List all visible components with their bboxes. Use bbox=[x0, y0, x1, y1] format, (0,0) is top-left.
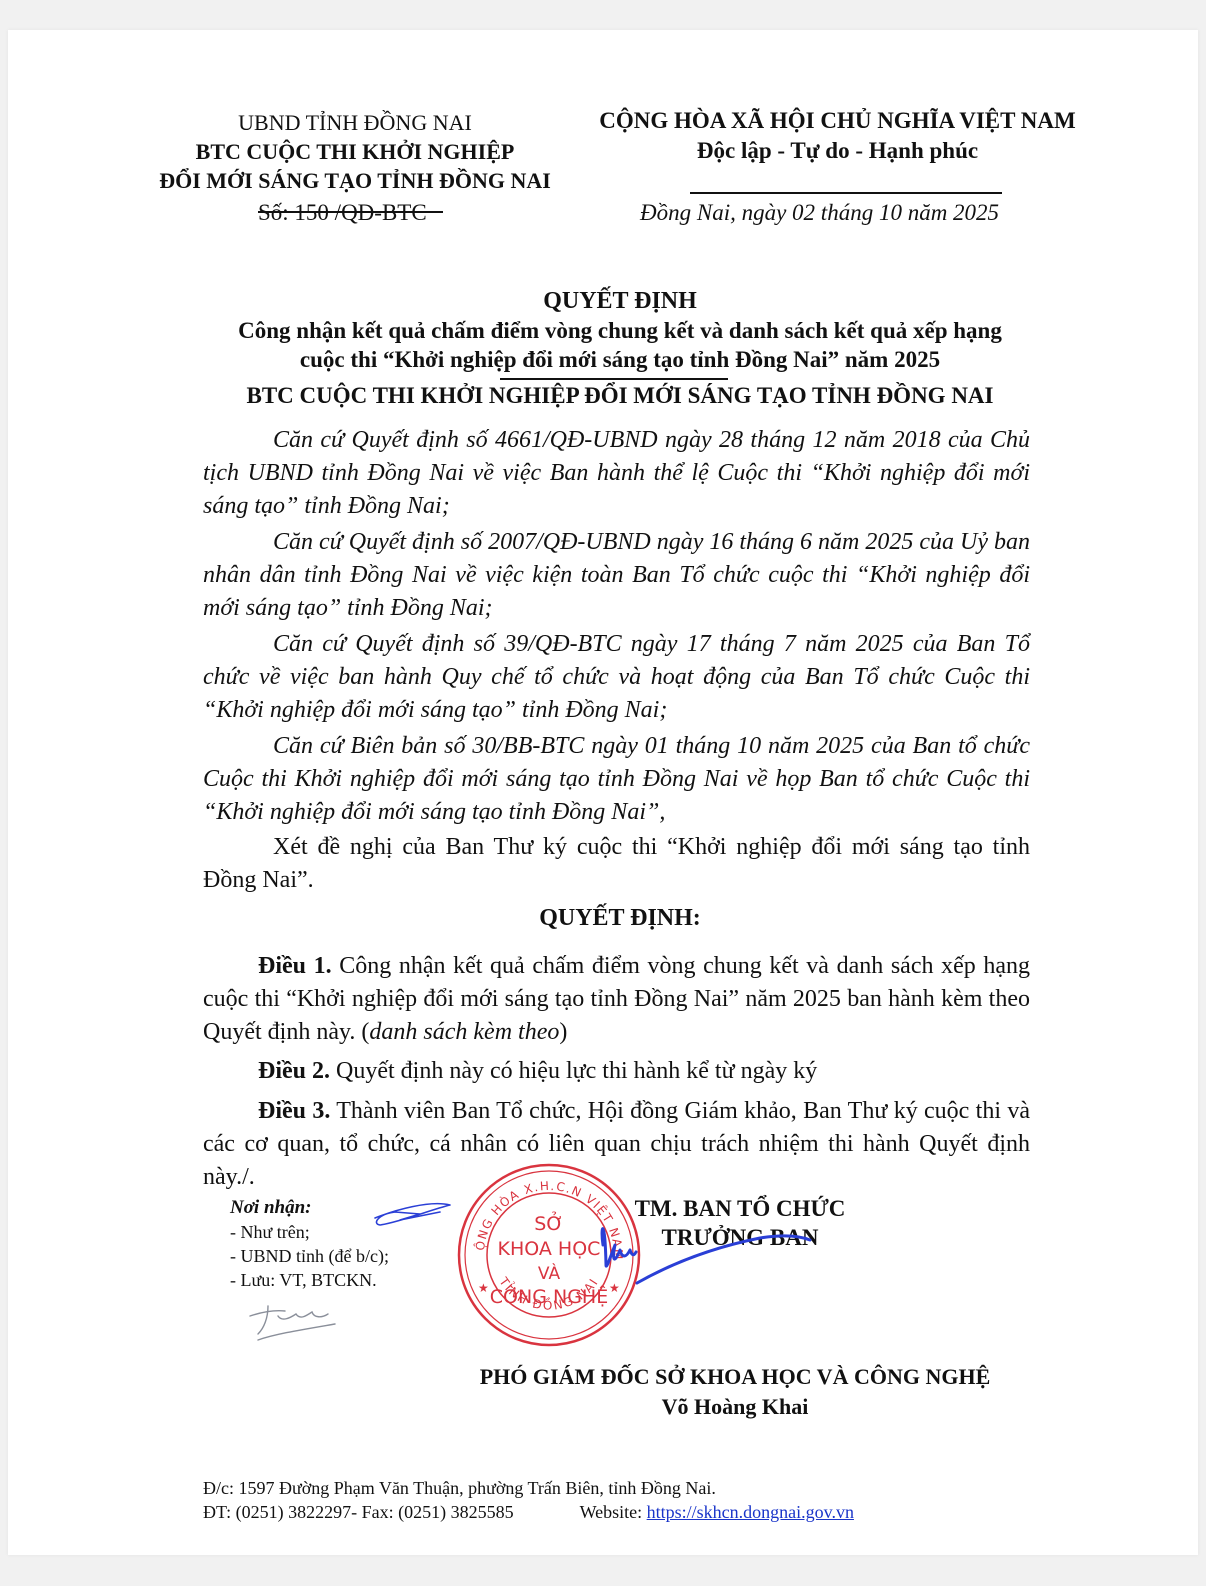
recipient-item: - Lưu: VT, BTCKN. bbox=[230, 1268, 389, 1292]
footer-phone-website-row: ĐT: (0251) 3822297- Fax: (0251) 3825585W… bbox=[203, 1500, 854, 1524]
svg-text:VÀ: VÀ bbox=[538, 1262, 561, 1284]
article-2-label: Điều 2. bbox=[258, 1058, 330, 1084]
official-seal-stamp: CỘNG HÒA X.H.C.N VIỆT NAM TỈNH ĐỒNG NAI … bbox=[454, 1160, 644, 1350]
signer-block: PHÓ GIÁM ĐỐC SỞ KHOA HỌC VÀ CÔNG NGHỆ Võ… bbox=[440, 1362, 1030, 1422]
national-motto: Độc lập - Tự do - Hạnh phúc bbox=[580, 136, 1095, 166]
proposal-paragraph: Xét đề nghị của Ban Thư ký cuộc thi “Khở… bbox=[203, 831, 1030, 897]
place-and-date: Đồng Nai, ngày 02 tháng 10 năm 2025 bbox=[640, 200, 999, 226]
svg-text:SỞ: SỞ bbox=[534, 1210, 563, 1235]
subject-line-2: cuộc thi “Khởi nghiệp đổi mới sáng tạo t… bbox=[190, 345, 1050, 374]
document-title-block: QUYẾT ĐỊNH Công nhận kết quả chấm điểm v… bbox=[190, 286, 1050, 411]
on-behalf-label: TM. BAN TỔ CHỨC bbox=[615, 1194, 865, 1223]
signature-title-block: TM. BAN TỔ CHỨC TRƯỞNG BAN bbox=[615, 1194, 865, 1252]
signer-name: Võ Hoàng Khai bbox=[440, 1392, 1030, 1422]
issuing-authority-block: UBND TỈNH ĐỒNG NAI BTC CUỘC THI KHỞI NGH… bbox=[145, 108, 565, 195]
signer-role: TRƯỞNG BAN bbox=[615, 1223, 865, 1252]
footer-website-label: Website: bbox=[580, 1502, 647, 1522]
article-2: Điều 2. Quyết định này có hiệu lực thi h… bbox=[203, 1055, 1030, 1088]
footer-contact: Đ/c: 1597 Đường Phạm Văn Thuận, phường T… bbox=[203, 1476, 854, 1524]
org-name-line1: BTC CUỘC THI KHỞI NGHIỆP bbox=[145, 137, 565, 166]
footer-phone-fax: ĐT: (0251) 3822297- Fax: (0251) 3825585 bbox=[203, 1502, 514, 1522]
svg-text:CÔNG NGHỆ: CÔNG NGHỆ bbox=[490, 1284, 608, 1308]
title-underline bbox=[500, 378, 728, 380]
national-title-block: CỘNG HÒA XÃ HỘI CHỦ NGHĨA VIỆT NAM Độc l… bbox=[580, 106, 1095, 166]
recipient-item: - UBND tỉnh (để b/c); bbox=[230, 1244, 389, 1268]
recipients-heading: Nơi nhận: bbox=[230, 1196, 389, 1220]
website-link[interactable]: https://skhcn.dongnai.gov.vn bbox=[647, 1502, 854, 1522]
recipient-item: - Như trên; bbox=[230, 1220, 389, 1244]
signer-title: PHÓ GIÁM ĐỐC SỞ KHOA HỌC VÀ CÔNG NGHỆ bbox=[440, 1362, 1030, 1392]
decision-heading: QUYẾT ĐỊNH: bbox=[190, 905, 1050, 932]
motto-underline bbox=[690, 192, 1002, 194]
nation-name: CỘNG HÒA XÃ HỘI CHỦ NGHĨA VIỆT NAM bbox=[580, 106, 1095, 136]
authority-name: UBND TỈNH ĐỒNG NAI bbox=[145, 108, 565, 137]
preamble-3: Căn cứ Quyết định số 39/QĐ-BTC ngày 17 t… bbox=[203, 628, 1030, 727]
preamble-1: Căn cứ Quyết định số 4661/QĐ-UBND ngày 2… bbox=[203, 424, 1030, 523]
svg-text:★: ★ bbox=[609, 1281, 620, 1295]
preamble-2: Căn cứ Quyết định số 2007/QĐ-UBND ngày 1… bbox=[203, 526, 1030, 625]
document-type: QUYẾT ĐỊNH bbox=[190, 286, 1050, 316]
preamble-4: Căn cứ Biên bản số 30/BB-BTC ngày 01 thá… bbox=[203, 730, 1030, 829]
article-1-label: Điều 1. bbox=[258, 953, 332, 979]
article-1: Điều 1. Công nhận kết quả chấm điểm vòng… bbox=[203, 950, 1030, 1049]
issuer-title: BTC CUỘC THI KHỞI NGHIỆP ĐỔI MỚI SÁNG TẠ… bbox=[190, 381, 1050, 411]
footer-address: Đ/c: 1597 Đường Phạm Văn Thuận, phường T… bbox=[203, 1476, 854, 1500]
recipients-block: Nơi nhận: - Như trên; - UBND tỉnh (để b/… bbox=[230, 1196, 389, 1292]
subject-line-1: Công nhận kết quả chấm điểm vòng chung k… bbox=[190, 316, 1050, 345]
document-number: Số: 150 /QĐ-BTC bbox=[258, 200, 427, 226]
svg-text:★: ★ bbox=[478, 1281, 489, 1295]
svg-text:KHOA HỌC: KHOA HỌC bbox=[498, 1238, 601, 1260]
org-name-line2: ĐỔI MỚI SÁNG TẠO TỈNH ĐỒNG NAI bbox=[145, 166, 565, 195]
article-3-label: Điều 3. bbox=[258, 1098, 330, 1124]
